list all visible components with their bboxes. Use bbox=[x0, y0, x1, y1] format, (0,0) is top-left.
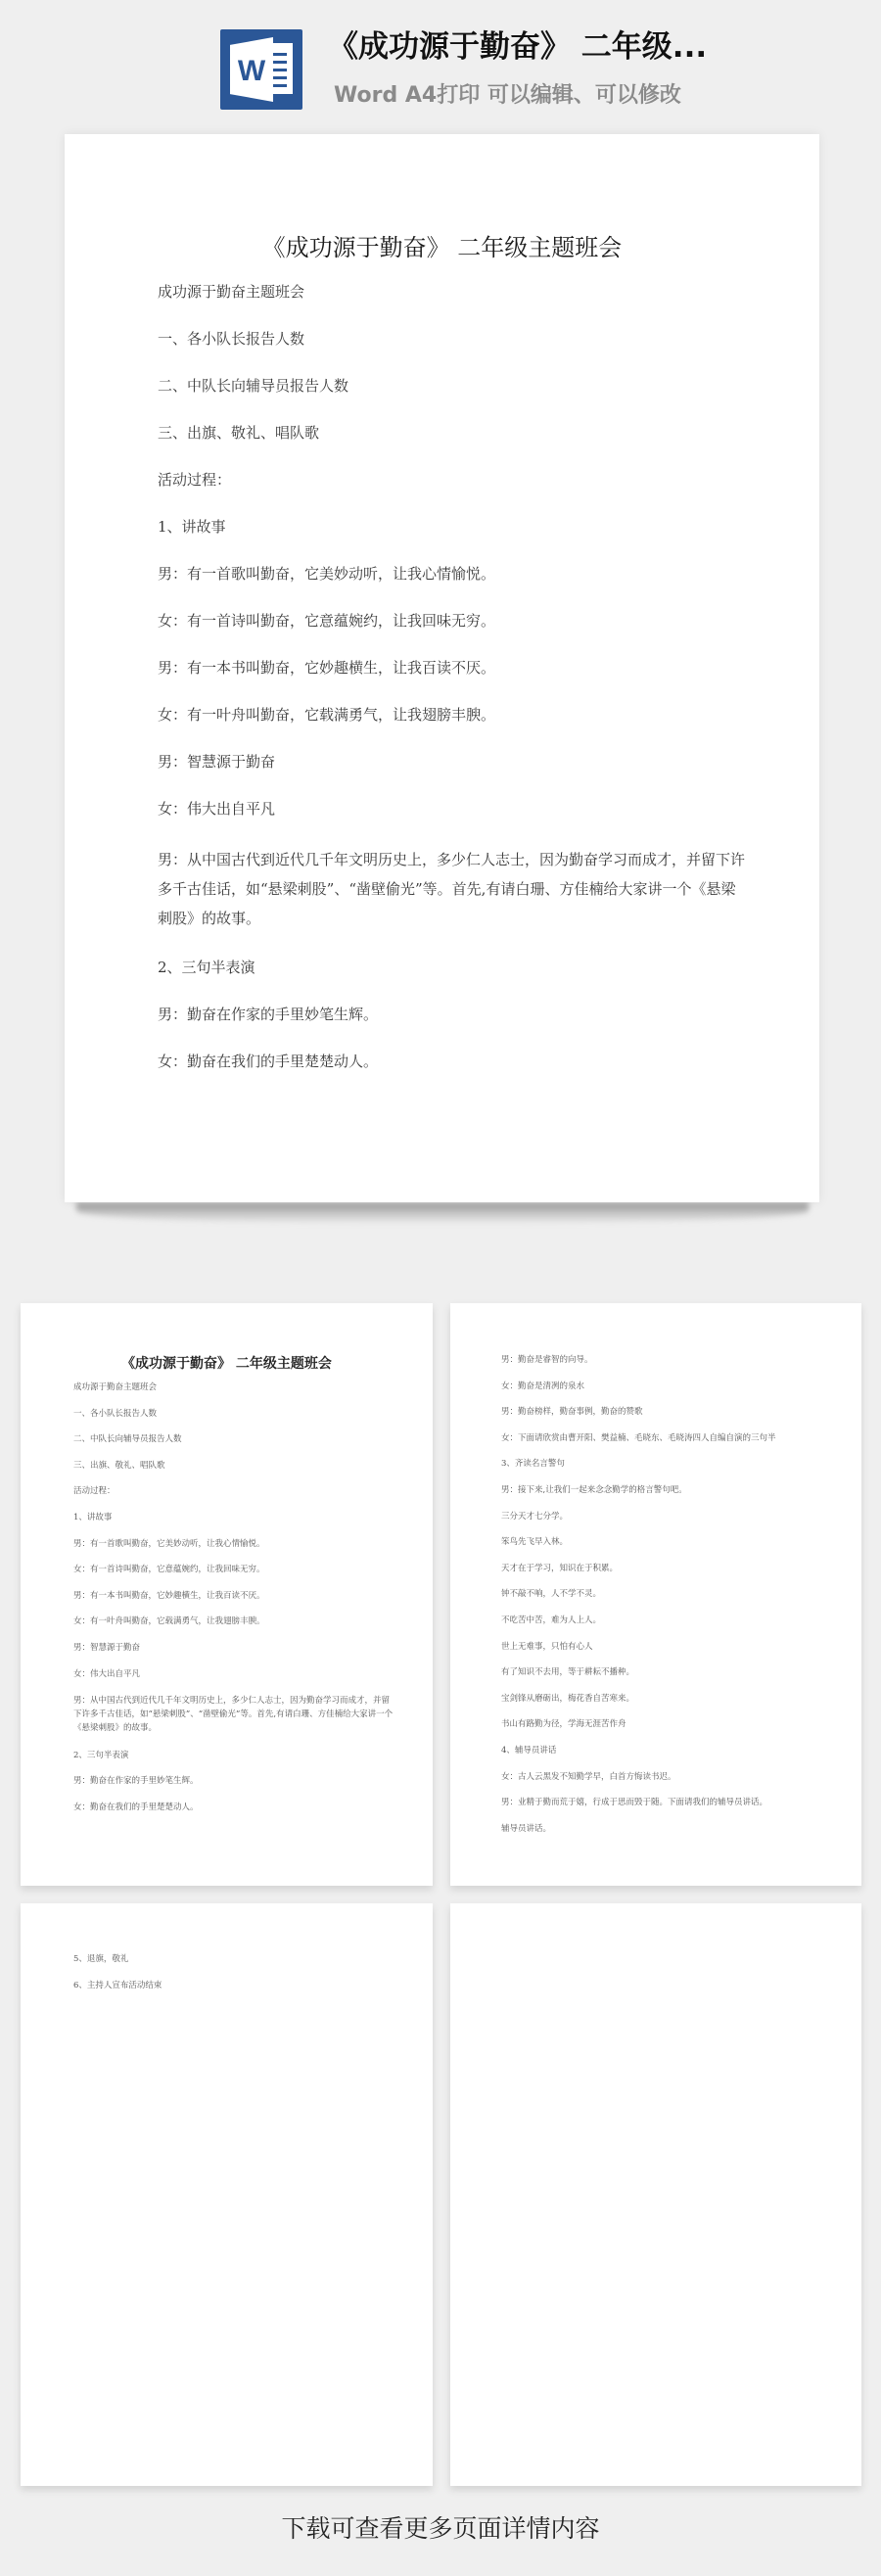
paragraph: 辅导员讲话。 bbox=[501, 1823, 824, 1835]
paragraph: 男：勤奋在作家的手里妙笔生辉。 bbox=[158, 1004, 745, 1025]
paragraph: 男：从中国古代到近代几千年文明历史上，多少仁人志士，因为勤奋学习而成才，并留下许… bbox=[158, 845, 745, 933]
thumbnail-title: 《成功源于勤奋》 二年级主题班会 bbox=[21, 1353, 433, 1373]
paragraph: 三、出旗、敬礼、唱队歌 bbox=[158, 422, 745, 444]
thumbnail-page-4[interactable] bbox=[450, 1903, 861, 2486]
page-shadow bbox=[76, 1202, 809, 1224]
thumbnail-body: 5、退旗，敬礼 6、主持人宣布活动结束 bbox=[73, 1953, 396, 2005]
paragraph: 三、出旗、敬礼、唱队歌 bbox=[73, 1460, 396, 1472]
main-page-preview: 《成功源于勤奋》 二年级主题班会 成功源于勤奋主题班会 一、各小队长报告人数 二… bbox=[65, 134, 819, 1202]
paragraph: 男：接下来,让我们一起来念念勤学的格言警句吧。 bbox=[501, 1484, 824, 1496]
thumbnail-body: 成功源于勤奋主题班会 一、各小队长报告人数 二、中队长向辅导员报告人数 三、出旗… bbox=[73, 1382, 396, 1828]
thumbnail-page-3[interactable]: 5、退旗，敬礼 6、主持人宣布活动结束 bbox=[21, 1903, 433, 2486]
paragraph: 二、中队长向辅导员报告人数 bbox=[73, 1433, 396, 1445]
paragraph: 男：勤奋是睿智的向导。 bbox=[501, 1354, 824, 1366]
paragraph: 成功源于勤奋主题班会 bbox=[158, 281, 745, 303]
word-icon-cover: W bbox=[230, 37, 273, 102]
paragraph: 1、讲故事 bbox=[158, 516, 745, 538]
paragraph: 男：有一首歌叫勤奋，它美妙动听，让我心情愉悦。 bbox=[158, 563, 745, 585]
paragraph: 2、三句半表演 bbox=[158, 957, 745, 978]
paragraph: 3、齐读名言警句 bbox=[501, 1458, 824, 1470]
paragraph: 男：勤奋在作家的手里妙笔生辉。 bbox=[73, 1775, 396, 1787]
header: W 《成功源于勤奋》 二年级... Word A4打印 可以编辑、可以修改 bbox=[0, 0, 881, 127]
thumbnail-body: 男：勤奋是睿智的向导。 女：勤奋是清冽的泉水 男：勤奋榜样，勤奋事例，勤奋的赞歌… bbox=[501, 1354, 824, 1849]
document-subtitle: Word A4打印 可以编辑、可以修改 bbox=[334, 78, 681, 109]
paragraph: 女：有一首诗叫勤奋，它意蕴婉约，让我回味无穷。 bbox=[73, 1564, 396, 1575]
paragraph: 成功源于勤奋主题班会 bbox=[73, 1382, 396, 1393]
word-icon-letter: W bbox=[230, 55, 273, 88]
paragraph: 男：智慧源于勤奋 bbox=[73, 1642, 396, 1654]
paragraph: 一、各小队长报告人数 bbox=[73, 1408, 396, 1420]
paragraph: 男：从中国古代到近代几千年文明历史上，多少仁人志士，因为勤奋学习而成才，并留下许… bbox=[73, 1694, 396, 1735]
paragraph: 天才在于学习，知识在于积累。 bbox=[501, 1563, 824, 1574]
paragraph: 女：下面请欣赏由曹开阳、樊益楠、毛晓东、毛晓涛四人自编自演的三句半 bbox=[501, 1432, 824, 1444]
paragraph: 女：伟大出自平凡 bbox=[73, 1668, 396, 1680]
paragraph: 一、各小队长报告人数 bbox=[158, 328, 745, 350]
paragraph: 1、讲故事 bbox=[73, 1512, 396, 1523]
paragraph: 6、主持人宣布活动结束 bbox=[73, 1980, 396, 1991]
paragraph: 不吃苦中苦，难为人上人。 bbox=[501, 1615, 824, 1626]
paragraph: 女：勤奋是清冽的泉水 bbox=[501, 1381, 824, 1392]
paragraph: 笨鸟先飞早入林。 bbox=[501, 1536, 824, 1548]
paragraph: 女：有一叶舟叫勤奋，它载满勇气，让我翅膀丰腴。 bbox=[73, 1616, 396, 1627]
word-document-icon: W bbox=[220, 29, 302, 110]
paragraph: 男：有一本书叫勤奋，它妙趣横生，让我百读不厌。 bbox=[158, 657, 745, 679]
paragraph: 三分天才七分学。 bbox=[501, 1511, 824, 1522]
paragraph: 活动过程： bbox=[73, 1485, 396, 1497]
paragraph: 男：有一首歌叫勤奋，它美妙动听，让我心情愉悦。 bbox=[73, 1538, 396, 1550]
paragraph: 女：有一首诗叫勤奋，它意蕴婉约，让我回味无穷。 bbox=[158, 610, 745, 632]
download-more-prompt[interactable]: 下载可查看更多页面详情内容 bbox=[0, 2509, 881, 2545]
document-title: 《成功源于勤奋》 二年级... bbox=[328, 22, 707, 66]
paragraph: 男：勤奋榜样，勤奋事例，勤奋的赞歌 bbox=[501, 1406, 824, 1418]
paragraph: 宝剑锋从磨砺出，梅花香自苦寒来。 bbox=[501, 1693, 824, 1705]
paragraph: 2、三句半表演 bbox=[73, 1750, 396, 1761]
paragraph: 女：有一叶舟叫勤奋，它载满勇气，让我翅膀丰腴。 bbox=[158, 704, 745, 726]
paragraph: 男：业精于勤而荒于嬉，行成于思而毁于随。下面请我们的辅导员讲话。 bbox=[501, 1797, 824, 1808]
thumbnail-page-1[interactable]: 《成功源于勤奋》 二年级主题班会 成功源于勤奋主题班会 一、各小队长报告人数 二… bbox=[21, 1303, 433, 1886]
paragraph: 女：伟大出自平凡 bbox=[158, 798, 745, 820]
main-page-title: 《成功源于勤奋》 二年级主题班会 bbox=[65, 228, 819, 262]
thumbnail-page-2[interactable]: 男：勤奋是睿智的向导。 女：勤奋是清冽的泉水 男：勤奋榜样，勤奋事例，勤奋的赞歌… bbox=[450, 1303, 861, 1886]
paragraph: 二、中队长向辅导员报告人数 bbox=[158, 375, 745, 397]
paragraph: 男：有一本书叫勤奋，它妙趣横生，让我百读不厌。 bbox=[73, 1590, 396, 1602]
paragraph: 世上无难事，只怕有心人 bbox=[501, 1641, 824, 1653]
paragraph: 活动过程： bbox=[158, 469, 745, 491]
paragraph: 钟不敲不响，人不学不灵。 bbox=[501, 1588, 824, 1600]
main-page-body: 成功源于勤奋主题班会 一、各小队长报告人数 二、中队长向辅导员报告人数 三、出旗… bbox=[158, 281, 745, 1098]
paragraph: 书山有路勤为径，学海无涯苦作舟 bbox=[501, 1718, 824, 1730]
paragraph: 男：智慧源于勤奋 bbox=[158, 751, 745, 773]
paragraph: 5、退旗，敬礼 bbox=[73, 1953, 396, 1965]
paragraph: 女：古人云黑发不知勤学早，白首方悔读书迟。 bbox=[501, 1771, 824, 1783]
paragraph: 女：勤奋在我们的手里楚楚动人。 bbox=[158, 1051, 745, 1072]
paragraph: 女：勤奋在我们的手里楚楚动人。 bbox=[73, 1802, 396, 1813]
paragraph: 4、辅导员讲话 bbox=[501, 1745, 824, 1756]
paragraph: 有了知识不去用，等于耕耘不播种。 bbox=[501, 1666, 824, 1678]
